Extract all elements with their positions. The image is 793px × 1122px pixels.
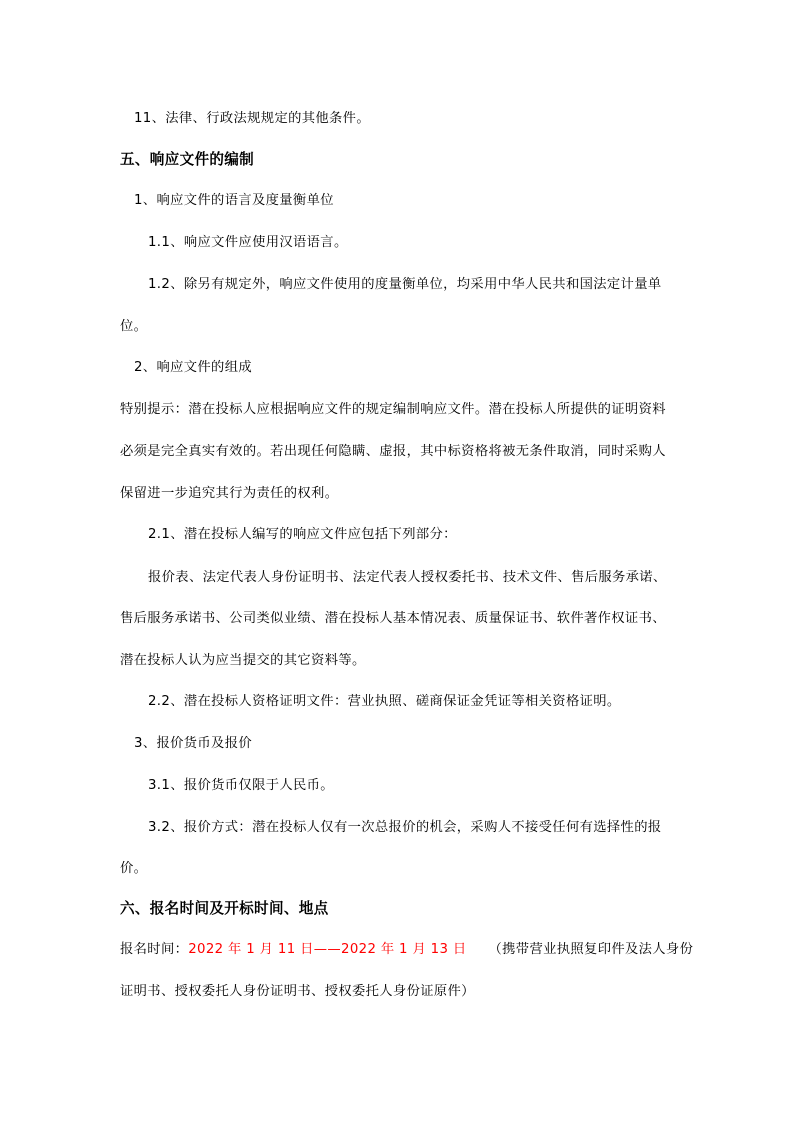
item-11: 11、法律、行政法规规定的其他条件。 [134, 110, 370, 128]
paragraph-2-1: 2.1、潜在投标人编写的响应文件应包括下列部分： [148, 526, 457, 544]
registration-dates: 2022 年 1 月 11 日——2022 年 1 月 13 日 [188, 942, 466, 957]
registration-label: 报名时间： [120, 942, 188, 957]
notice-line1: 特别提示：潜在投标人应根据响应文件的规定编制响应文件。潜在投标人所提供的证明资料 [120, 401, 666, 419]
section-5-heading: 五、响应文件的编制 [120, 151, 254, 169]
sub-2-title: 2、响应文件的组成 [134, 359, 252, 377]
paragraph-3-1: 3.1、报价货币仅限于人民币。 [148, 777, 334, 795]
notice-line3: 保留进一步追究其行为责任的权利。 [120, 485, 338, 503]
paragraph-1-2-line2: 位。 [120, 318, 147, 336]
paragraph-2-2: 2.2、潜在投标人资格证明文件：营业执照、磋商保证金凭证等相关资格证明。 [148, 693, 621, 711]
registration-line1: 报名时间：2022 年 1 月 11 日——2022 年 1 月 13 日（携带… [120, 941, 693, 959]
sub-3-title: 3、报价货币及报价 [134, 735, 252, 753]
paragraph-1-2-line1: 1.2、除另有规定外，响应文件使用的度量衡单位，均采用中华人民共和国法定计量单 [148, 276, 661, 294]
list-line1: 报价表、法定代表人身份证明书、法定代表人授权委托书、技术文件、售后服务承诺、 [148, 569, 667, 587]
paragraph-3-2-line1: 3.2、报价方式：潜在投标人仅有一次总报价的机会，采购人不接受任何有选择性的报 [148, 819, 661, 837]
sub-1-title: 1、响应文件的语言及度量衡单位 [134, 192, 334, 210]
section-6-heading: 六、报名时间及开标时间、地点 [120, 900, 329, 918]
list-line3: 潜在投标人认为应当提交的其它资料等。 [120, 652, 366, 670]
paragraph-3-2-line2: 价。 [120, 860, 147, 878]
list-line2: 售后服务承诺书、公司类似业绩、潜在投标人基本情况表、质量保证书、软件著作权证书、 [120, 610, 666, 628]
registration-note-start: （携带营业执照复印件及法人身份 [489, 942, 694, 957]
paragraph-1-1: 1.1、响应文件应使用汉语语言。 [148, 234, 348, 252]
document-page: 11、法律、行政法规规定的其他条件。 五、响应文件的编制 1、响应文件的语言及度… [0, 0, 793, 1122]
registration-note-line2: 证明书、授权委托人身份证明书、授权委托人身份证原件） [120, 983, 475, 1001]
notice-line2: 必须是完全真实有效的。若出现任何隐瞒、虚报，其中标资格将被无条件取消，同时采购人 [120, 443, 666, 461]
